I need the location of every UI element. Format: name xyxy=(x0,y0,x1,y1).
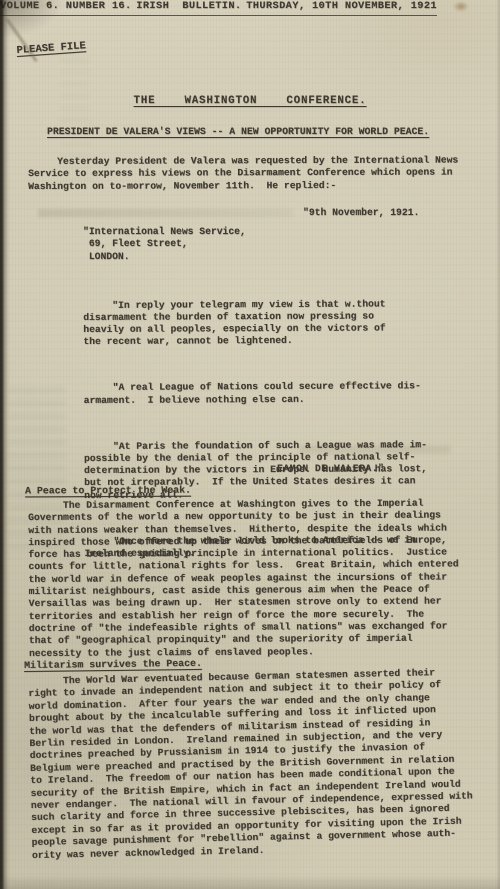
masthead-volume-number: VOLUME 6. NUMBER 16. xyxy=(0,0,132,12)
masthead-date: THURSDAY, 10TH NOVEMBER, 1921 xyxy=(246,0,437,12)
letter-paragraph: "In reply your telegram my view is that … xyxy=(83,298,426,349)
headline: THE WASHINGTON CONFERENCE. xyxy=(0,95,500,107)
section-body: The Disarmament Conference at Washington… xyxy=(28,497,459,659)
paper-stain xyxy=(453,1,469,12)
subheadline: PRESIDENT DE VALERA'S VIEWS -- A NEW OPP… xyxy=(47,126,429,137)
section-heading-militarism-survives-the-peace: Militarism survives the Peace. xyxy=(24,658,202,671)
page-edge-shadow xyxy=(496,0,500,889)
intro-paragraph: Yesterday President de Valera was reques… xyxy=(28,154,458,192)
masthead: VOLUME 6. NUMBER 16. IRISH BULLETIN. THU… xyxy=(0,0,437,16)
masthead-title: IRISH BULLETIN. xyxy=(136,0,241,12)
letter-address-block: "International News Service, 69, Fleet S… xyxy=(83,226,246,263)
section-heading-peace-to-protect-the-weak: A Peace to Protect the Weak. xyxy=(25,485,191,497)
scanned-document-page: PLEASE FILE VOLUME 6. NUMBER 16. IRISH B… xyxy=(0,0,500,889)
letter-signature: EAMON DE VALERA." xyxy=(277,463,384,475)
letter-date-line: "9th November, 1921. xyxy=(303,207,419,219)
section-body: The World War eventuated because German … xyxy=(28,666,474,862)
letter-paragraph: "A real League of Nations could secure e… xyxy=(84,381,427,407)
page-edge-shadow xyxy=(0,875,500,889)
erased-text-smudge xyxy=(38,209,293,217)
